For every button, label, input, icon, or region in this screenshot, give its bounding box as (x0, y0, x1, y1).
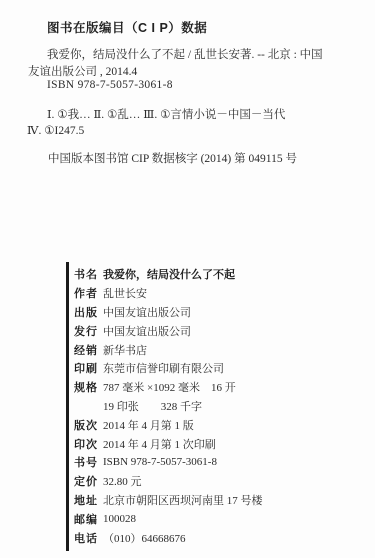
colophon-row-value: 100028 (103, 513, 136, 525)
colophon-row-phone: 电话 （010）64668676 (74, 528, 374, 547)
colophon-row-label: 印刷 (74, 360, 103, 376)
colophon-row-seller: 经销 新华书店 (74, 340, 374, 359)
colophon-row-value: 2014 年 4 月第 1 版 (103, 417, 194, 433)
colophon-row-value: 新华书店 (103, 342, 147, 358)
colophon-row-label: 作者 (74, 285, 103, 301)
colophon-row-value: 787 毫米 ×1092 毫米 16 开 (103, 379, 236, 395)
colophon-row-postcode: 邮编 100028 (74, 509, 374, 528)
copyright-page: 图书在版编目（C I P）数据 我爱你，结局没什么了不起 / 乱世长安著. --… (0, 0, 375, 558)
colophon-row-label: 经销 (74, 342, 103, 358)
colophon-table: 书名 我爱你，结局没什么了不起 作者 乱世长安 出版 中国友谊出版公司 发行 中… (66, 262, 374, 551)
colophon-row-printer: 印刷 东莞市信誉印刷有限公司 (74, 359, 374, 378)
colophon-row-label: 发行 (74, 323, 103, 339)
colophon-row-format-cont: 19 印张 328 千字 (74, 397, 374, 416)
colophon-row-value: 19 印张 328 千字 (103, 398, 202, 414)
cip-heading: 图书在版编目（C I P）数据 (47, 18, 207, 36)
colophon-row-title: 书名 我爱你，结局没什么了不起 (74, 265, 374, 284)
cip-description-line2: 友谊出版公司 , 2014.4 (28, 63, 137, 79)
colophon-row-author: 作者 乱世长安 (74, 284, 374, 303)
colophon-row-label: 定价 (74, 473, 103, 489)
colophon-row-isbn: 书号 ISBN 978-7-5057-3061-8 (74, 453, 374, 472)
colophon-row-impression: 印次 2014 年 4 月第 1 次印刷 (74, 434, 374, 453)
colophon-row-address: 地址 北京市朝阳区西坝河南里 17 号楼 (74, 491, 374, 510)
cip-isbn-line: ISBN 978-7-5057-3061-8 (47, 79, 173, 91)
colophon-row-label: 电话 (74, 530, 103, 546)
colophon-row-price: 定价 32.80 元 (74, 472, 374, 491)
colophon-row-publisher: 出版 中国友谊出版公司 (74, 303, 374, 322)
colophon-row-value: 中国友谊出版公司 (103, 323, 191, 339)
colophon-row-value: ISBN 978-7-5057-3061-8 (103, 456, 217, 468)
colophon-row-label: 地址 (74, 492, 103, 508)
colophon-row-value: 我爱你，结局没什么了不起 (103, 266, 235, 282)
colophon-row-value: 32.80 元 (103, 473, 142, 489)
cip-description-line1: 我爱你，结局没什么了不起 / 乱世长安著. -- 北京 : 中国 (47, 46, 323, 62)
cip-registry-line: 中国版本图书馆 CIP 数据核字 (2014) 第 049115 号 (48, 150, 297, 166)
cip-classification-line1: Ⅰ. ①我… Ⅱ. ①乱… Ⅲ. ①言情小说－中国－当代 (47, 106, 285, 122)
colophon-row-label: 出版 (74, 304, 103, 320)
colophon-row-label: 版次 (74, 417, 103, 433)
colophon-row-distributor: 发行 中国友谊出版公司 (74, 321, 374, 340)
colophon-row-label: 邮编 (74, 511, 103, 527)
colophon-row-edition: 版次 2014 年 4 月第 1 版 (74, 415, 374, 434)
colophon-row-value: 乱世长安 (103, 285, 147, 301)
colophon-row-value: 东莞市信誉印刷有限公司 (103, 360, 224, 376)
colophon-row-label: 印次 (74, 436, 103, 452)
colophon-row-value: 2014 年 4 月第 1 次印刷 (103, 436, 216, 452)
colophon-row-label: 书号 (74, 454, 103, 470)
colophon-row-value: 中国友谊出版公司 (103, 304, 191, 320)
colophon-row-label: 规格 (74, 379, 103, 395)
colophon-row-value: 北京市朝阳区西坝河南里 17 号楼 (103, 492, 263, 508)
colophon-row-format: 规格 787 毫米 ×1092 毫米 16 开 (74, 378, 374, 397)
colophon-row-label: 书名 (74, 266, 103, 282)
colophon-row-value: （010）64668676 (103, 530, 186, 546)
cip-classification-line2: Ⅳ. ①I247.5 (27, 123, 84, 137)
